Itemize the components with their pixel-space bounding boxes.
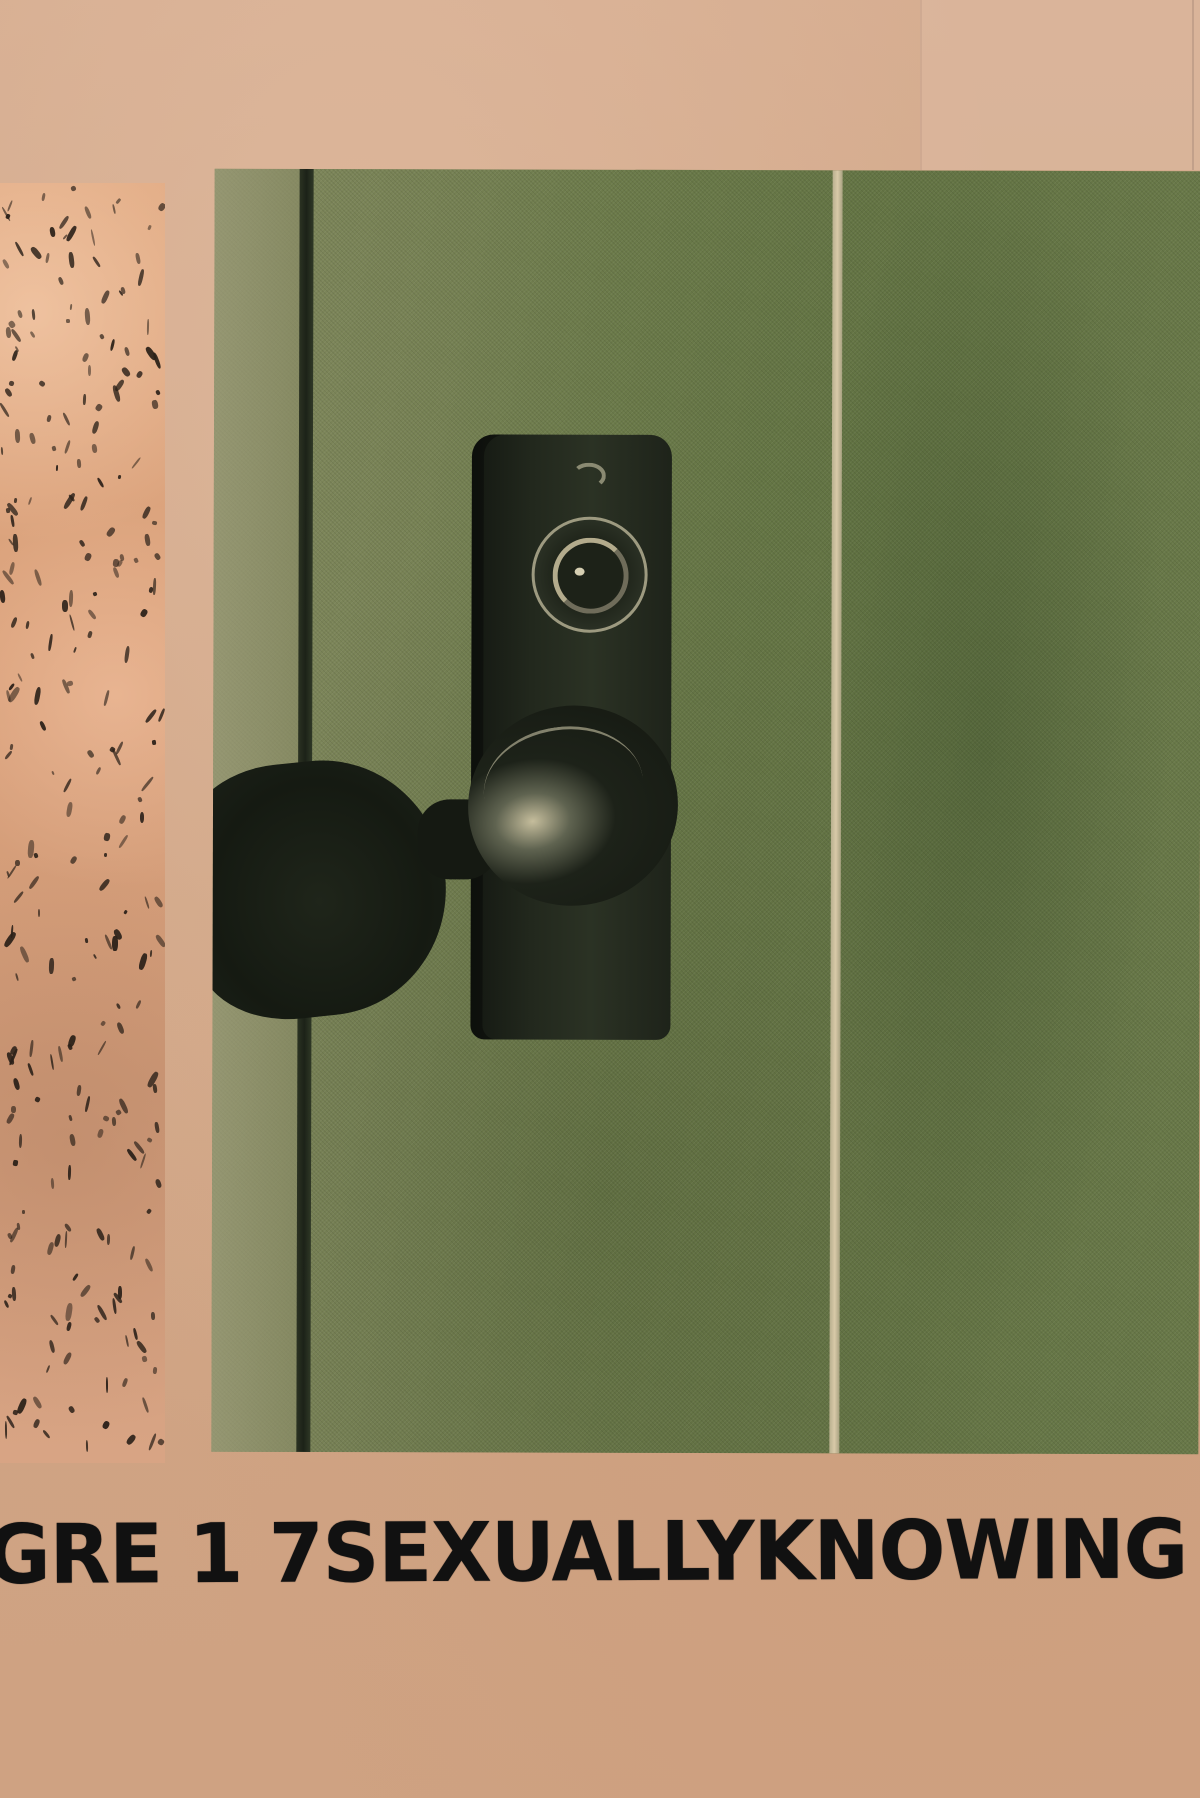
cork-speck [68,590,73,607]
cork-speck [118,834,128,848]
cork-speck [28,497,33,505]
cork-speck [50,1054,55,1070]
cork-speck [64,1302,72,1320]
cork-speck [88,365,91,376]
door-knob-grip [211,749,458,1029]
cork-speck [28,875,40,890]
cork-speck [140,776,153,792]
cork-texture-strip [0,183,165,1463]
cork-speck [87,609,97,620]
cork-speck [50,1315,59,1327]
cork-speck [125,1335,129,1347]
cork-speck [146,1208,152,1215]
cork-speck [67,681,74,687]
cork-speck [33,852,39,858]
cork-speck [112,1117,117,1126]
cork-speck [62,600,68,612]
cork-speck [62,778,71,792]
cork-speck [9,562,16,575]
cork-speck [51,770,55,775]
cork-speck [124,346,131,356]
cork-speck [19,946,30,963]
cork-speck [153,578,157,595]
cork-speck [95,403,104,412]
cork-speck [38,909,40,917]
cork-speck [154,895,165,908]
cork-speck [65,1231,68,1248]
cork-speck [137,269,144,286]
cork-speck [146,1137,152,1143]
cork-speck [34,687,42,705]
cork-speck [62,412,71,426]
cork-speck [5,1421,8,1439]
cork-speck [48,1340,55,1353]
cork-speck [64,440,71,454]
cork-speck [114,379,126,393]
cork-speck [46,1365,51,1373]
cork-speck [149,950,152,957]
cork-speck [66,1321,72,1331]
cork-speck [158,202,165,212]
cork-speck [144,1258,154,1272]
cork-speck [91,421,100,435]
cork-speck [69,252,75,269]
cork-speck [48,958,53,974]
cork-speck [104,852,108,857]
cork-speck [17,673,23,682]
cork-speck [103,690,110,706]
cork-speck [16,310,23,319]
keyhole-lock-icon [531,517,647,633]
cork-speck [100,1020,107,1027]
cork-speck [117,475,120,479]
cork-speck [112,558,119,566]
cork-speck [133,558,138,564]
cork-speck [12,534,18,552]
cork-speck [94,1316,101,1323]
cork-speck [86,749,94,758]
cork-speck [46,1241,54,1255]
cork-speck [32,1418,40,1428]
cork-speck [81,352,89,362]
cork-speck [141,506,151,520]
cork-speck [147,225,151,231]
cork-speck [137,796,143,803]
cork-speck [1,447,4,455]
cork-speck [136,370,144,379]
cork-speck [76,459,81,468]
cork-speck [103,833,110,842]
cork-speck [83,552,92,562]
cork-speck [151,399,159,409]
cork-speck [78,540,84,547]
cork-speck [22,1210,25,1214]
cork-speck [148,1433,157,1451]
cork-speck [80,1284,93,1298]
cork-speck [95,766,102,774]
cork-speck [49,227,56,238]
cork-speck [68,1405,76,1413]
cork-speck [4,750,12,760]
cork-speck [12,1287,17,1301]
cork-speck [27,1063,34,1076]
cork-speck [63,1352,74,1366]
cork-speck [115,741,124,755]
cork-speck [103,1115,111,1122]
cork-speck [7,200,14,212]
cork-speck [118,815,126,825]
cork-speck [3,1300,9,1309]
cork-speck [28,433,35,445]
cork-speck [84,206,93,220]
cork-speck [125,1433,136,1445]
cork-speck [71,976,76,981]
cork-speck [155,390,161,397]
cork-speck [57,277,64,286]
cork-speck [9,380,16,386]
cork-speck [157,1438,165,1446]
sheet-edge [920,0,1200,170]
cork-speck [154,934,165,948]
cork-speck [15,429,21,443]
cork-speck [19,1134,23,1148]
cork-speck [136,1340,148,1354]
cork-speck [110,339,116,352]
cork-speck [57,1046,63,1062]
cork-speck [145,709,158,724]
cork-speck [34,1096,40,1103]
cork-speck [68,1165,71,1180]
cork-speck [10,616,18,628]
cork-speck [100,289,110,303]
cork-speck [39,721,47,732]
cork-speck [50,1178,54,1189]
cork-speck [133,1328,138,1340]
cork-speck [123,910,127,915]
cork-speck [13,891,24,904]
cork-speck [48,634,53,651]
cork-speck [147,319,149,335]
cork-speck [70,185,77,192]
cork-speck [112,204,116,214]
cork-speck [115,198,121,204]
cork-speck [115,1002,121,1009]
cork-speck [139,608,148,618]
cork-speck [42,193,47,201]
cork-speck [106,1234,110,1245]
cork-speck [84,937,88,942]
cork-speck [122,1377,128,1387]
cork-speck [13,1077,21,1090]
cork-speck [97,1128,105,1138]
cork-speck [4,387,13,397]
cork-speck [29,245,42,259]
cork-speck [65,225,77,242]
cork-speck [98,878,111,892]
cork-speck [91,443,97,453]
cork-speck [93,954,97,959]
cork-speck [152,740,156,745]
cork-speck [46,414,52,422]
cork-speck [106,1377,108,1393]
cork-speck [73,646,77,652]
cork-speck [63,1223,72,1233]
cork-speck [126,1148,137,1162]
cork-speck [144,896,150,909]
cork-speck [0,403,10,418]
door-shading [839,170,1200,1454]
cork-speck [140,1153,147,1169]
cork-speck [144,533,150,546]
cork-speck [31,309,36,320]
cork-speck [6,214,12,220]
cork-speck [95,1228,105,1242]
cork-speck [115,1109,122,1116]
cork-speck [116,1021,126,1034]
cork-speck [29,1040,34,1057]
cork-speck [133,1141,145,1155]
cork-speck [13,1160,19,1166]
door-photo [211,169,1200,1455]
cork-speck [154,1178,162,1188]
cork-speck [131,457,142,470]
cork-speck [138,952,148,970]
cork-speck [102,1421,111,1431]
cork-speck [152,520,158,525]
caption-text: GRE 1 7SEXUALLYKNOWING [0,1503,1188,1603]
cork-speck [140,812,144,823]
cork-speck [72,1273,79,1281]
cork-speck [153,1083,158,1093]
cork-speck [0,589,6,603]
cork-speck [14,498,18,504]
cork-speck [59,215,71,230]
cork-speck [141,1397,149,1413]
cork-speck [45,253,50,263]
cork-speck [5,1112,14,1124]
cork-speck [30,652,35,659]
cork-speck [129,1246,135,1260]
cork-speck [141,1356,147,1363]
cork-speck [42,1429,51,1439]
cork-speck [68,614,75,631]
cork-speck [11,1106,16,1113]
cork-speck [135,253,141,265]
cork-speck [10,743,14,749]
cork-speck [97,477,106,488]
cork-speck [67,1035,76,1048]
cork-speck [56,465,59,471]
cork-speck [157,708,165,722]
cork-speck [150,1312,154,1320]
cork-speck [83,394,86,405]
cork-speck [29,331,35,338]
cork-speck [66,319,70,323]
cork-speck [86,1440,89,1452]
cork-speck [26,621,31,630]
cork-speck [88,631,93,638]
cork-speck [10,515,15,527]
cork-speck [54,1234,63,1248]
cork-speck [85,1096,91,1113]
cork-speck [79,496,88,511]
cork-speck [152,1367,157,1374]
cork-speck [106,526,116,537]
cork-speck [90,229,96,246]
cork-speck [154,552,162,561]
cork-speck [32,1396,43,1410]
cork-speck [38,380,46,388]
cork-speck [135,1000,141,1009]
cork-speck [10,328,22,342]
cork-speck [111,1298,117,1315]
cork-speck [14,242,24,258]
cork-speck [92,591,97,596]
cork-speck [69,855,78,865]
cork-speck [112,566,119,577]
cork-speck [154,1121,159,1132]
cork-speck [68,1115,73,1122]
cork-speck [34,569,43,586]
cork-speck [66,802,74,817]
cork-speck [77,1085,82,1096]
cork-speck [70,304,73,310]
cork-speck [97,1041,106,1056]
cork-speck [2,259,10,270]
cork-speck [15,973,19,981]
cork-speck [120,366,131,378]
cork-speck [11,1265,16,1275]
cork-speck [52,446,57,452]
cork-speck [99,333,105,340]
cork-speck [92,256,101,267]
cork-speck [123,646,130,664]
cork-speck [69,1133,76,1145]
cork-speck [84,308,91,326]
screw-icon [572,463,606,489]
